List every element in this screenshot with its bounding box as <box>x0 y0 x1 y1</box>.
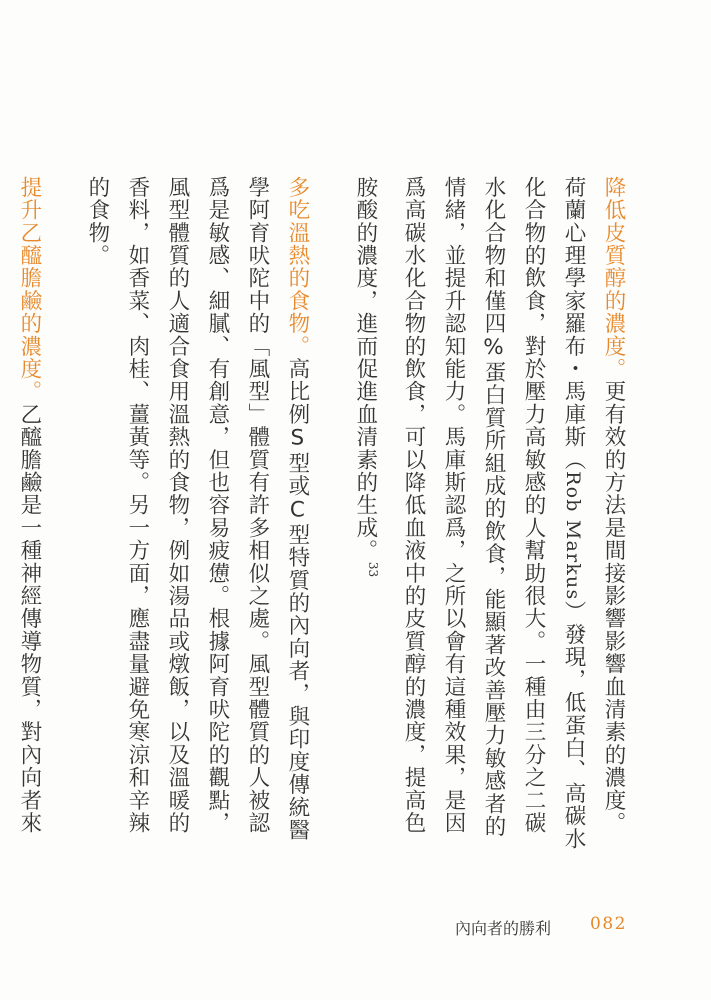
running-book-title: 內向者的勝利 <box>455 916 551 939</box>
author-latin-name: Rob Markus <box>562 471 584 600</box>
paragraph-text: （ <box>561 448 586 471</box>
paragraph-acetylcholine: 提升乙醯膽鹼的濃度。乙醯膽鹼是一種神經傳導物質，對內向者來說最爲重要。34它能增… <box>0 176 49 856</box>
section-heading-warm-food: 多吃溫熱的食物。 <box>285 176 310 358</box>
paragraph-warm-food: 多吃溫熱的食物。高比例S型或C型特質的內向者，與印度傳統醫學阿育吠陀中的「風型」… <box>77 176 317 856</box>
vertical-text-body: 降低皮質醇的濃度。更有效的方法是間接影響影響血清素的濃度。荷蘭心理學家羅布・馬庫… <box>0 176 633 856</box>
paragraph-text: ）發現，低蛋白、高碳水化合物的飲食，對於壓力高敏感的人幫助很大。一種由三分之二碳… <box>353 176 586 850</box>
page-footer: 內向者的勝利 082 <box>0 912 711 942</box>
section-heading-cortisol: 降低皮質醇的濃度。 <box>601 176 626 380</box>
page-number: 082 <box>590 914 627 934</box>
book-page: 降低皮質醇的濃度。更有效的方法是間接影響影響血清素的濃度。荷蘭心理學家羅布・馬庫… <box>0 0 711 1000</box>
paragraph-text: 高比例S型或C型特質的內向者，與印度傳統醫學阿育吠陀中的「風型」體質有許多相似之… <box>85 176 310 841</box>
section-heading-acetylcholine: 提升乙醯膽鹼的濃度。 <box>17 176 42 403</box>
paragraph-cortisol: 降低皮質醇的濃度。更有效的方法是間接影響影響血清素的濃度。荷蘭心理學家羅布・馬庫… <box>345 176 633 856</box>
footnote-marker: 33 <box>366 562 380 577</box>
